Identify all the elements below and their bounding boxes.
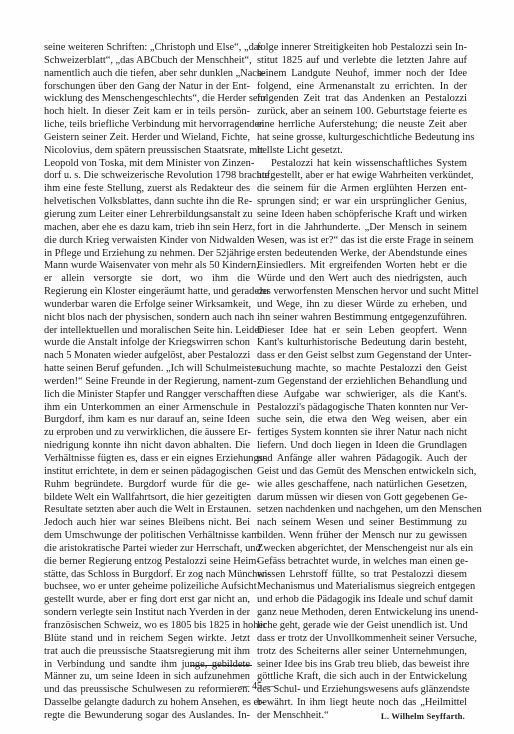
text-line: Mechanismus und Materialismus siegreich …: [257, 581, 467, 594]
text-line: französischen Schweiz, wo es 1805 bis 18…: [44, 620, 250, 633]
text-line: Resultate setzten aber auch die Welt in …: [44, 504, 250, 517]
text-line: die aristokratische Partei wieder zur He…: [44, 543, 250, 556]
text-line: niedrigung konnte ihn nicht davon abhalt…: [44, 440, 250, 453]
text-line: ihm ein Unterkommen an einer Armenschule…: [44, 402, 250, 415]
text-line: Mann wurde Waisenvater von mehr als 50 K…: [44, 260, 250, 273]
text-line: Kant's kulturhistorische Bedeutung darin…: [257, 337, 467, 350]
text-line: dass er trotz der Unvollkommenheit seine…: [257, 633, 467, 646]
text-line: und erhob die Pädagogik ins Ideale und s…: [257, 594, 467, 607]
text-line: in Pflege und Erziehung zu nehmen. Der 5…: [44, 248, 250, 261]
text-line: hat seine grosse, kulturgeschichtliche B…: [257, 132, 467, 145]
text-line: zurück, aber an seinem 100. Geburtstage …: [257, 106, 467, 119]
text-line: buchsee, wo er unter geheime polizeilich…: [44, 581, 250, 594]
text-line: er allein versorgte sie dort, wo ihm die: [44, 273, 250, 286]
text-line: gestellt wurde, aber er fing dort erst g…: [44, 594, 250, 607]
text-line: liche, teils briefliche Verbindung mit h…: [44, 119, 250, 132]
text-line: institut errichtete, in dem er seinen pä…: [44, 466, 250, 479]
text-line: zum Gegenstand der erziehlichen Behandlu…: [257, 376, 467, 389]
text-line: nicht blos nach der physischen, sondern …: [44, 312, 250, 325]
text-line: lich die Minister Stapfer und Rangger ve…: [44, 389, 250, 402]
text-line: wurde die Anstalt infolge der Kriegswirr…: [44, 337, 250, 350]
text-line: zu erproben und zu verwirklichen, die äu…: [44, 427, 250, 440]
text-line: eine herrliche Auferstehung; die neuste …: [257, 119, 467, 132]
text-line: Regierung ein Kloster eingeräumt hatte, …: [44, 286, 250, 299]
text-line: stätte, das Schloss in Burgdorf. Er zog …: [44, 569, 250, 582]
text-line: namentlich auch die tiefen, aber sehr du…: [44, 68, 250, 81]
text-line: ersten bedeutenden Werke, der Abendstund…: [257, 248, 467, 261]
text-line: seine weiteren Schriften: „Christoph und…: [44, 42, 250, 55]
document-page: seine weiteren Schriften: „Christoph und…: [0, 0, 514, 734]
text-line: Würde und den Wert auch des niedrigsten,…: [257, 273, 467, 286]
text-line: wunderbar waren die Erfolge seiner Wirks…: [44, 299, 250, 312]
text-line: ganz neue Methoden, deren Entwickelung i…: [257, 607, 467, 620]
text-line: wicklung des Menschengeschlechts“, die H…: [44, 93, 250, 106]
right-text-column: folge innerer Streitigkeiten hob Pestalo…: [257, 42, 467, 723]
text-line: seine Ideen haben schöpferische Kraft un…: [257, 209, 467, 222]
text-line: Dieser Idee hat er sein Leben geopfert. …: [257, 325, 467, 338]
text-line: Wesen, was ist er?“ das ist die erste Fr…: [257, 235, 467, 248]
text-line: seinem Landgute Neuhof, immer noch der I…: [257, 68, 467, 81]
text-line: und Anfänge aller wahren Pädagogik. Auch…: [257, 453, 467, 466]
text-line: ihn seiner wahren Bestimmung entgegenzuf…: [257, 312, 467, 325]
text-line: forschungen über den Gang der Natur in d…: [44, 81, 250, 94]
text-line: die durch Krieg verwaisten Kinder von Ni…: [44, 235, 250, 248]
text-line: werden!“ Seine Freunde in der Regierung,…: [44, 376, 250, 389]
text-line: Einsiedlers. Mit ergreifenden Worten heb…: [257, 260, 467, 273]
text-line: bilden. Wenn früher der Mensch nur zu ge…: [257, 530, 467, 543]
text-line: wissen Lehrstoff füllte, so trat Pestalo…: [257, 569, 467, 582]
text-line: Nicolovius, dem spätern preussischen Sta…: [44, 145, 250, 158]
text-line: Dasselbe gelangte dadurch zu hohem Anseh…: [44, 697, 250, 710]
text-line: sprungen sind; er war ein ursprünglicher…: [257, 196, 467, 209]
text-line: bewährt. In ihm liegt heute noch das „He…: [257, 697, 467, 710]
text-line: Schweizerblatt“, „das ABCbuch der Mensch…: [44, 55, 250, 68]
text-line: Geistern seiner Zeit. Herder und Wieland…: [44, 132, 250, 145]
text-line: Ruhm begründete. Burgdorf wurde für die …: [44, 479, 250, 492]
text-line: trat auch die preussische Staatsregierun…: [44, 646, 250, 659]
text-line: liche geht, gerade wie der Geist unendli…: [257, 620, 467, 633]
text-line: dorf u. s. Die schweizerische Revolution…: [44, 170, 250, 183]
text-line: darum müssen wir diesen von Gott gegeben…: [257, 492, 467, 505]
text-line: gierung zum Leiter einer Lehrerbildungsa…: [44, 209, 250, 222]
text-line: Pestalozzi hat kein wissenschaftliches S…: [257, 158, 467, 171]
text-line: regte die Bewunderung sogar des Auslande…: [44, 710, 250, 723]
text-line: nach seinem Wesen und seiner Bestimmung …: [257, 517, 467, 530]
text-line: folge innerer Streitigkeiten hob Pestalo…: [257, 42, 467, 55]
text-line: folgenden Zeit trat das Andenken an Pest…: [257, 93, 467, 106]
text-line: trotz des Scheiterns aller seiner Untern…: [257, 646, 467, 659]
text-line: Leopold von Toska, mit dem Minister von …: [44, 158, 250, 171]
text-line: suchung machte, so machte Pestalozzi den…: [257, 363, 467, 376]
text-line: sondern verlegte sein Institut nach Yver…: [44, 607, 250, 620]
text-line: bildete Welt ein Wallfahrtsort, die hier…: [44, 492, 250, 505]
text-line: hellste Licht gesetzt.: [257, 145, 467, 158]
text-line: Geist und das Gemüt des Menschen entwick…: [257, 466, 467, 479]
text-line: Verhältnisse fügten es, dass er ein eign…: [44, 453, 250, 466]
text-line: des verworfensten Menschen hervor und su…: [257, 286, 467, 299]
text-line: Zwecken abgerichtet, der Menschengeist n…: [257, 543, 467, 556]
text-line: Gefäss betrachtet wurde, in welches man …: [257, 556, 467, 569]
text-line: wie alles geschaffene, nach natürlichen …: [257, 479, 467, 492]
page-number: — 45 —: [0, 681, 514, 692]
text-line: diese Aufgabe war schwieriger, als die K…: [257, 389, 467, 402]
text-line: Burgdorf, ihm kam es nur darauf an, sein…: [44, 414, 250, 427]
text-line: stitut 1825 auf und verlebte die letzten…: [257, 55, 467, 68]
text-line: folgend, eine Armenanstalt zu errichten.…: [257, 81, 467, 94]
text-line: suche sein, die etwa den Weg weisen, abe…: [257, 414, 467, 427]
text-line: ihm eine feste Stellung, zuerst als Reda…: [44, 183, 250, 196]
text-line: hatte seinen Beruf gefunden. „Ich will S…: [44, 363, 250, 376]
text-line: fertiges System konnten sie ihrer Natur …: [257, 427, 467, 440]
text-line: der intellektuellen und moralischen Seit…: [44, 325, 250, 338]
text-line: aufgestellt, aber er hat ewige Wahrheite…: [257, 170, 467, 183]
text-line: fort in die Jahrhunderte. „Der Mensch in…: [257, 222, 467, 235]
text-line: dem Umschwunge der politischen Verhältni…: [44, 530, 250, 543]
text-line: hoch hielt. In dieser Zeit kam er in tei…: [44, 106, 250, 119]
text-line: setzen nachdenken und nachgehen, um den …: [257, 504, 467, 517]
text-line: helvetischen Volksblattes, dann suchte i…: [44, 196, 250, 209]
left-text-column: seine weiteren Schriften: „Christoph und…: [44, 42, 250, 723]
text-line: dass er den Geist selbst zum Gegenstand …: [257, 350, 467, 363]
footer-rule: [190, 665, 252, 666]
text-line: machen, aber ehe es dazu kam, trieb ihn …: [44, 222, 250, 235]
text-line: liefern. Und doch liegen in Ideen die Gr…: [257, 440, 467, 453]
text-line: die seinem für die Armen erglühten Herze…: [257, 183, 467, 196]
text-line: Jedoch auch hier war seines Bleibens nic…: [44, 517, 250, 530]
text-line: Blüte stand und in reichem Segen wirkte.…: [44, 633, 250, 646]
text-line: nach 5 Monaten wieder aufgelöst, aber Pe…: [44, 350, 250, 363]
text-line: die berner Regierung entzog Pestalozzi s…: [44, 556, 250, 569]
text-line: Pestalozzi's pädagogische Thaten konnten…: [257, 402, 467, 415]
text-line: und Wege, ihn zu dieser Würde zu erheben…: [257, 299, 467, 312]
text-line: seiner Idee bis ins Grab treu blieb, das…: [257, 659, 467, 672]
